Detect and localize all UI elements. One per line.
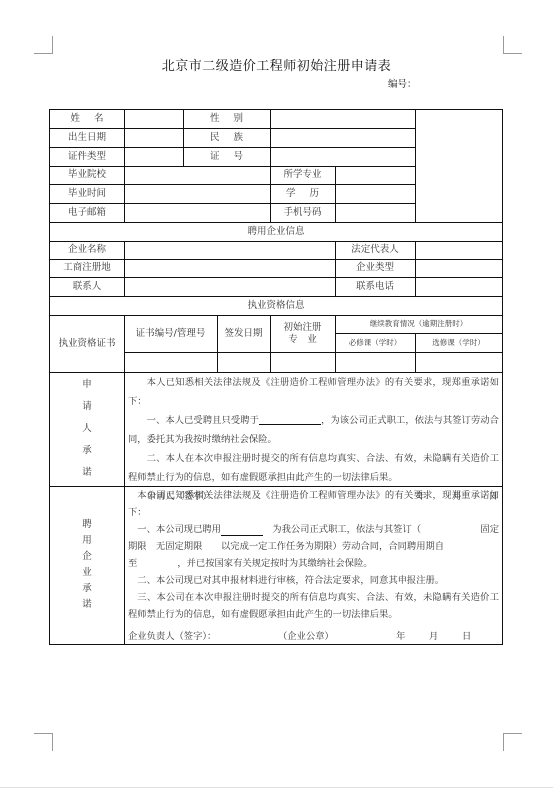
- photo-box[interactable]: [415, 109, 503, 223]
- email-field[interactable]: [124, 203, 271, 223]
- gender-field[interactable]: [270, 109, 416, 129]
- ethnicity-field[interactable]: [270, 128, 416, 148]
- applicant-pledge-item2: 二、本人在本次申报注册时提交的所有信息均真实、合法、有效，未隐瞒有关造价工程师禁…: [128, 449, 499, 487]
- company-pledge-text: 本公司已知悉相关法律法规及《注册造价工程师管理办法》的有关要求，现郑重承诺如下：…: [124, 486, 503, 645]
- required-hours-label: 必修课（学时）: [335, 333, 416, 353]
- qualification-section-title: 执业资格信息: [49, 296, 503, 316]
- elective-hours-label: 选修课（学时）: [415, 333, 503, 353]
- applicant-pledge-char: 诺: [82, 467, 92, 479]
- applicant-pledge-char: 请: [82, 401, 92, 413]
- email-label: 电子邮箱: [49, 203, 125, 223]
- crop-mark-bottom-left: [34, 733, 53, 751]
- company-section-title: 聘用企业信息: [49, 222, 503, 242]
- day-label: 日: [462, 627, 471, 646]
- contact-person-label: 联系人: [49, 277, 125, 297]
- company-pledge-intro: 本公司已知悉相关法律法规及《注册造价工程师管理办法》的有关要求，现郑重承诺如下：: [128, 487, 499, 521]
- contact-phone-label: 联系电话: [335, 277, 416, 297]
- legal-representative-field[interactable]: [415, 241, 503, 260]
- education-field[interactable]: [335, 184, 416, 204]
- applicant-pledge-intro: 本人已知悉相关法律法规及《注册造价工程师管理办法》的有关要求，现郑重承诺如下：: [128, 373, 499, 411]
- mobile-label: 手机号码: [270, 203, 336, 223]
- company-item1-pre: 一、本公司现已聘用: [128, 521, 221, 538]
- issue-date-label: 签发日期: [217, 315, 271, 353]
- company-item1-mid: 为我公司正式职工，依法与其签订（: [263, 521, 421, 538]
- company-pledge-char: 承: [82, 583, 92, 595]
- fixed-term-option[interactable]: 固定: [471, 521, 499, 538]
- applicant-pledge-char: 承: [82, 445, 92, 457]
- company-type-label: 企业类型: [335, 259, 416, 278]
- name-label: 姓名: [49, 109, 125, 129]
- company-pledge-item1: 一、本公司现已聘用为我公司正式职工，依法与其签订（固定: [128, 521, 499, 538]
- company-seal-label[interactable]: （企业公章）: [278, 627, 396, 646]
- company-pledge-char: 诺: [82, 599, 92, 611]
- serial-number-label: 编号：: [388, 76, 417, 90]
- school-label: 毕业院校: [49, 166, 125, 185]
- mobile-field[interactable]: [335, 203, 416, 223]
- required-hours-field[interactable]: [335, 352, 416, 373]
- company-pledge-item2: 二、本公司现已对其申报材料进行审核，符合法定要求，同意其申报注册。: [128, 572, 499, 589]
- major-label: 所学专业: [270, 166, 336, 185]
- contract-period-line: 至，并已按国家有关规定按时为其缴纳社会保险。: [128, 555, 499, 572]
- social-insurance-text: ，并已按国家有关规定按时为其缴纳社会保险。: [177, 558, 372, 569]
- major-field[interactable]: [335, 166, 416, 185]
- company-pledge-char: 业: [82, 567, 92, 579]
- company-signature-row: 企业负责人（签字）： （企业公章） 年 月 日: [128, 627, 499, 646]
- initial-major-field[interactable]: [270, 352, 336, 373]
- birth-date-label: 出生日期: [49, 128, 125, 148]
- company-signature-label[interactable]: 企业负责人（签字）：: [128, 627, 278, 646]
- id-type-field[interactable]: [124, 147, 184, 167]
- education-label: 学历: [270, 184, 336, 204]
- school-field[interactable]: [124, 166, 271, 185]
- company-name-label: 企业名称: [49, 241, 125, 260]
- legal-representative-label: 法定代表人: [335, 241, 416, 260]
- name-field[interactable]: [124, 109, 184, 129]
- birth-date-field[interactable]: [124, 128, 184, 148]
- applicant-pledge-char: 申: [82, 379, 92, 391]
- company-pledge-item3: 三、本公司在本次申报注册时提交的所有信息均真实、合法、有效，未隐瞒有关造价工程师…: [128, 589, 499, 623]
- page-bottom-edge: [0, 787, 553, 788]
- applicant-pledge-item1: 一、本人已受聘且只受聘于，为该公司正式职工，依法与其签订劳动合同，委托其为我按时…: [128, 411, 499, 449]
- company-name-field[interactable]: [124, 241, 336, 260]
- certificate-label: 执业资格证书: [49, 315, 125, 373]
- certificate-number-label: 证书编号/管理号: [124, 315, 218, 353]
- id-number-label: 证号: [183, 147, 271, 167]
- contact-person-field[interactable]: [124, 277, 336, 297]
- elective-hours-field[interactable]: [415, 352, 503, 373]
- initial-major-label: 初始注册 专 业: [270, 315, 336, 353]
- crop-mark-top-right: [503, 36, 522, 54]
- applicant-pledge-label: 申 请 人 承 诺: [49, 372, 125, 487]
- company-pledge-char: 聘: [82, 519, 92, 531]
- contract-type-line: 期限 无固定期限 以完成一定工作任务为期限）劳动合同，合同聘用期自: [128, 538, 499, 555]
- continuing-education-label: 继续教育情况（逾期注册时）: [335, 315, 503, 334]
- year-label: 年: [396, 627, 429, 646]
- id-number-field[interactable]: [270, 147, 416, 167]
- applicant-pledge-char: 人: [82, 423, 92, 435]
- company-pledge-char: 用: [82, 535, 92, 547]
- certificate-number-field[interactable]: [124, 352, 218, 373]
- employee-name-blank[interactable]: [221, 523, 263, 536]
- gender-label: 性别: [183, 109, 271, 129]
- company-pledge-char: 企: [82, 551, 92, 563]
- registration-place-field[interactable]: [124, 259, 336, 278]
- period-to-label: 至: [128, 558, 137, 569]
- applicant-pledge-text: 本人已知悉相关法律法规及《注册造价工程师管理办法》的有关要求，现郑重承诺如下： …: [124, 372, 503, 487]
- initial-major-label-line1: 初始注册: [283, 322, 321, 334]
- id-type-label: 证件类型: [49, 147, 125, 167]
- company-pledge-label: 聘 用 企 业 承 诺: [49, 486, 125, 645]
- registration-place-label: 工商注册地: [49, 259, 125, 278]
- crop-mark-top-left: [34, 36, 53, 54]
- document-title: 北京市二级造价工程师初始注册申请表: [0, 55, 553, 74]
- month-label: 月: [429, 627, 462, 646]
- crop-mark-bottom-right: [503, 733, 522, 751]
- company-type-field[interactable]: [415, 259, 503, 278]
- ethnicity-label: 民族: [183, 128, 271, 148]
- initial-major-label-line2: 专 业: [288, 334, 317, 346]
- contact-phone-field[interactable]: [415, 277, 503, 297]
- employer-name-blank[interactable]: [259, 412, 321, 425]
- applicant-item1-pre: 一、本人已受聘且只受聘于: [147, 415, 259, 426]
- graduation-time-label: 毕业时间: [49, 184, 125, 204]
- graduation-time-field[interactable]: [124, 184, 271, 204]
- issue-date-field[interactable]: [217, 352, 271, 373]
